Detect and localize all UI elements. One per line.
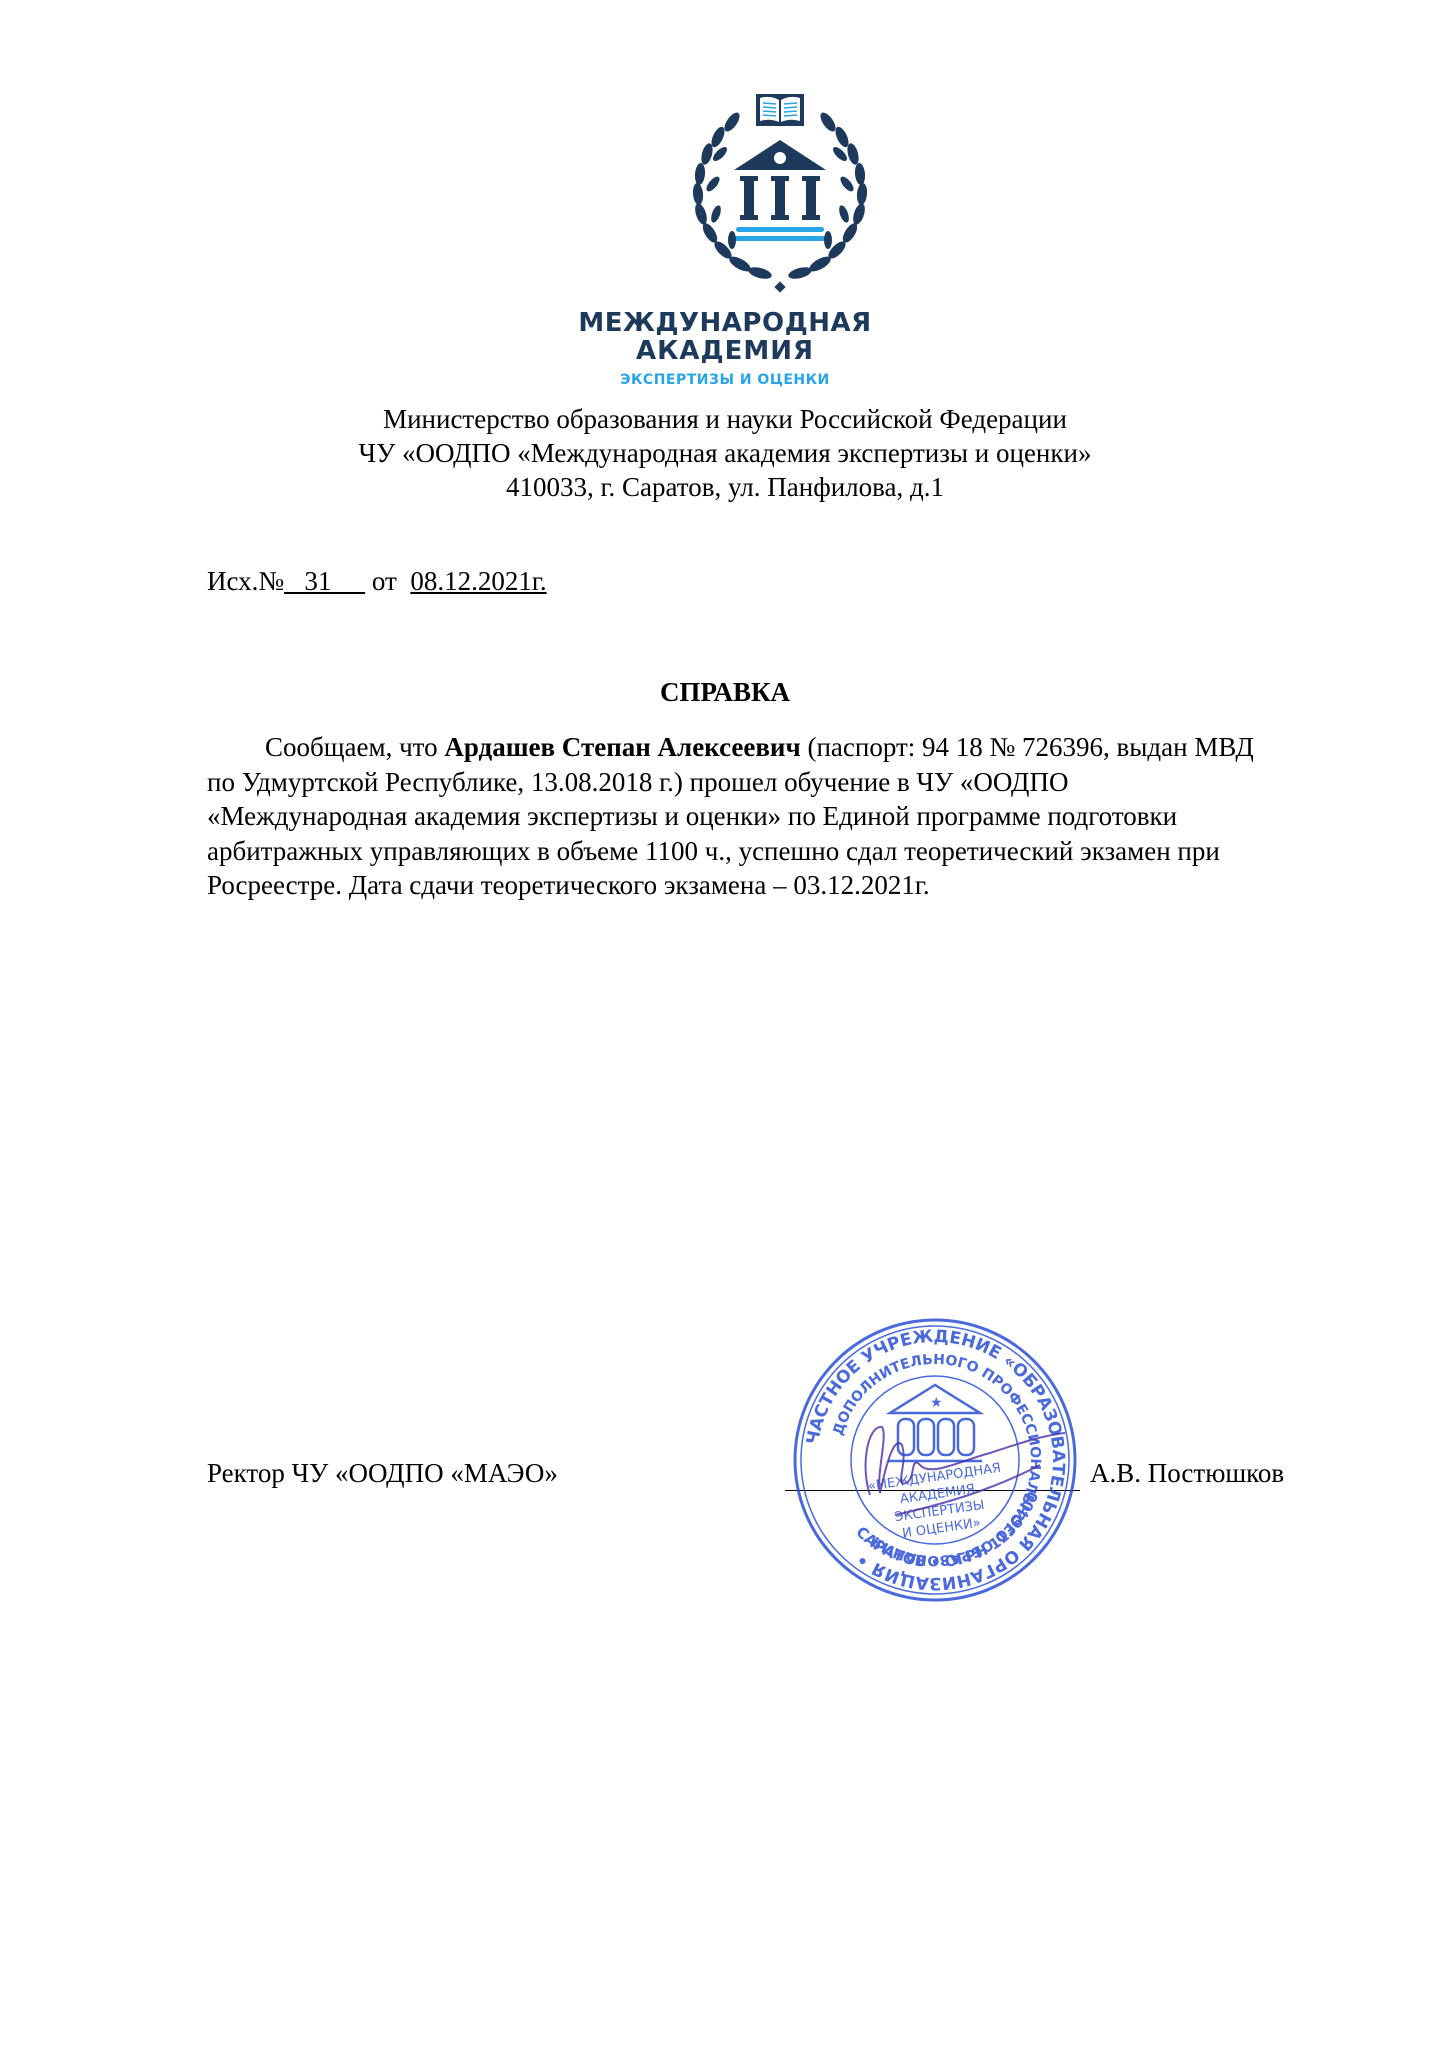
reference-number-field: 31 xyxy=(284,566,365,596)
logo-wordmark-line1: МЕЖДУНАРОДНАЯ xyxy=(0,308,1450,338)
logo-wordmark-line2: АКАДЕМИЯ xyxy=(0,336,1450,366)
reference-date-label: от xyxy=(372,566,397,596)
academy-logo-emblem xyxy=(680,92,880,297)
person-name: Ардашев Степан Алексеевич xyxy=(444,732,800,762)
certificate-body: Сообщаем, что Ардашев Степан Алексеевич … xyxy=(207,730,1357,903)
svg-text:★: ★ xyxy=(930,1396,943,1411)
letterhead-organization: ЧУ «ООДПО «Международная академия экспер… xyxy=(0,436,1450,470)
building-icon xyxy=(732,140,828,241)
letterhead-ministry: Министерство образования и науки Российс… xyxy=(0,402,1450,436)
body-line-4: арбитражных управляющих в объеме 1100 ч.… xyxy=(207,834,1357,869)
document-title: СПРАВКА xyxy=(0,677,1450,708)
logo-wordmark-line3: ЭКСПЕРТИЗЫ И ОЦЕНКИ xyxy=(0,372,1450,388)
official-stamp: ЧАСТНОЕ УЧРЕЖДЕНИЕ «ОБРАЗОВАТЕЛЬНАЯ ОРГА… xyxy=(790,1315,1080,1605)
body-line-5: Росреестре. Дата сдачи теоретического эк… xyxy=(207,868,1357,903)
open-book-icon xyxy=(756,94,804,126)
reference-prefix: Исх.№ xyxy=(207,566,284,596)
body-line-1: Сообщаем, что Ардашев Степан Алексеевич … xyxy=(207,730,1357,765)
outgoing-reference: Исх.№ 31 от 08.12.2021г. xyxy=(207,566,547,597)
letterhead-address: 410033, г. Саратов, ул. Панфилова, д.1 xyxy=(0,470,1450,504)
body-line-2: по Удмуртской Республике, 13.08.2018 г.)… xyxy=(207,765,1357,800)
signatory-name: А.В. Постюшков xyxy=(1090,1458,1284,1489)
signatory-role: Ректор ЧУ «ООДПО «МАЭО» xyxy=(207,1458,558,1489)
reference-date: 08.12.2021г. xyxy=(410,566,546,596)
body-line-3: «Международная академия экспертизы и оце… xyxy=(207,799,1357,834)
